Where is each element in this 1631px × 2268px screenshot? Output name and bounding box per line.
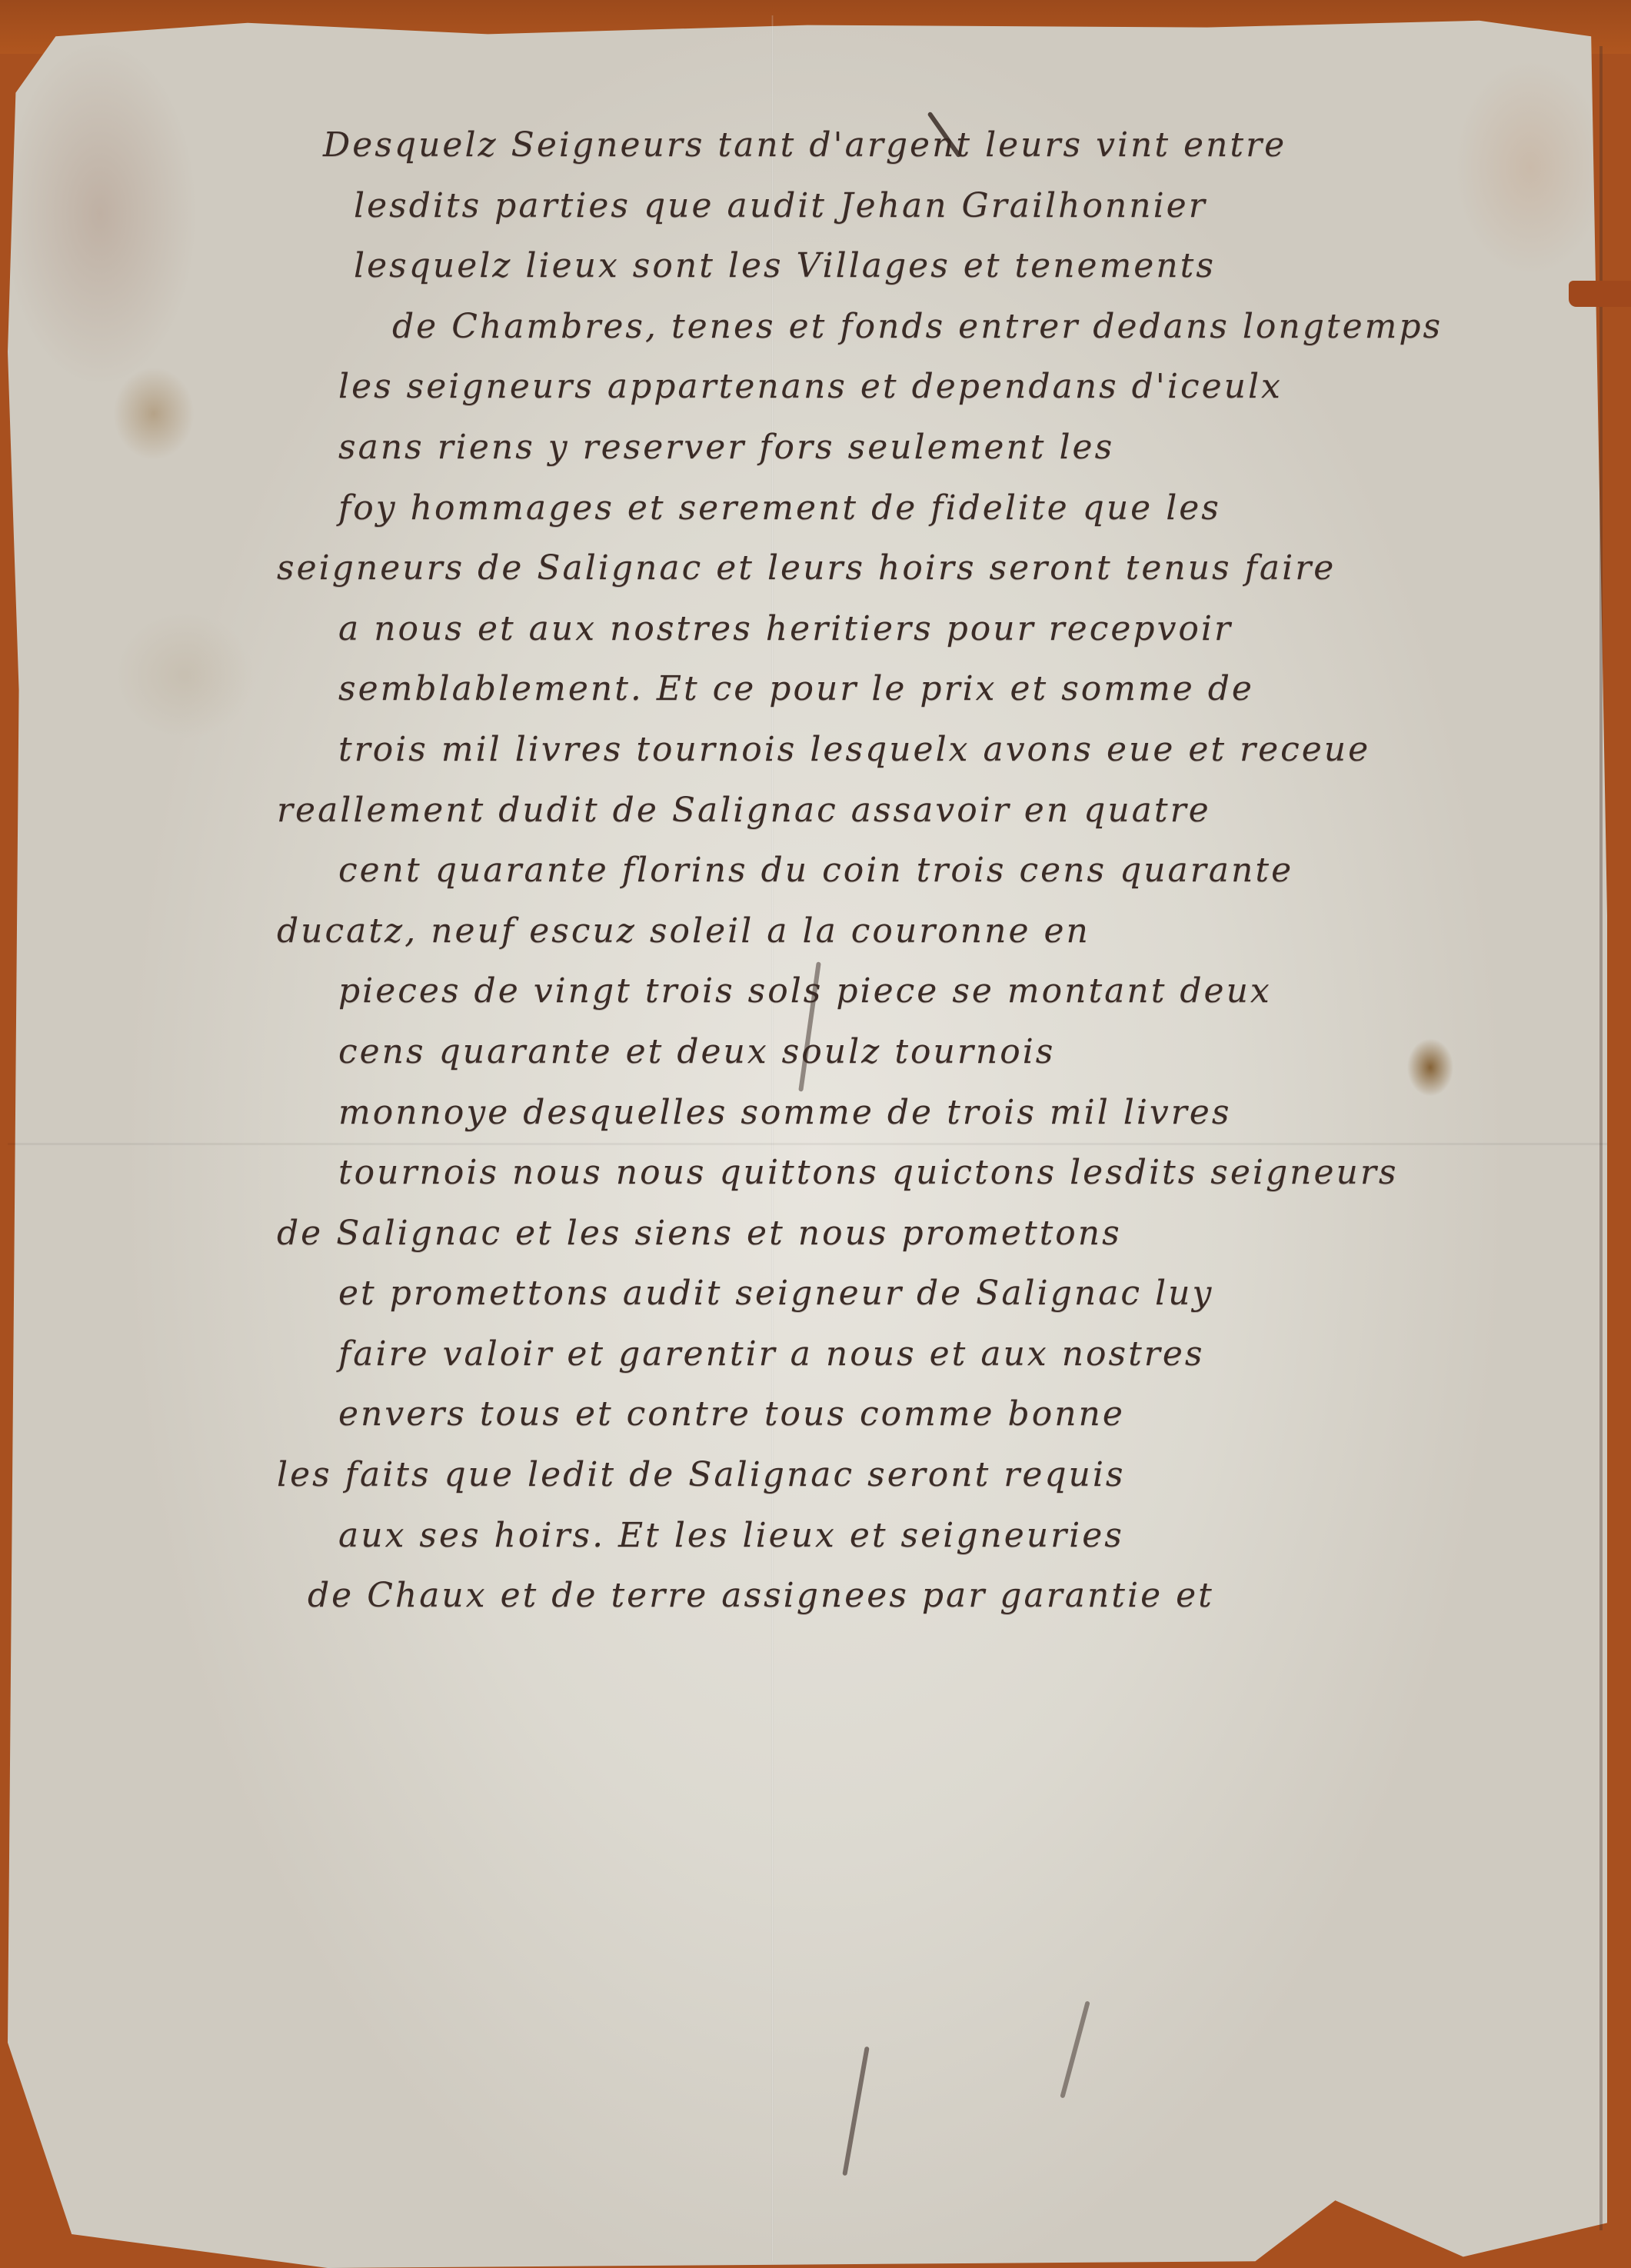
text-line: foy hommages et serement de fidelite que…	[308, 478, 1599, 539]
text-line: monnoye desquelles somme de trois mil li…	[308, 1083, 1599, 1144]
text-line: de Chaux et de terre assignees par garan…	[308, 1566, 1599, 1627]
text-line: et promettons audit seigneur de Salignac…	[308, 1264, 1599, 1324]
text-line: sans riens y reserver fors seulement les	[308, 418, 1599, 478]
text-line: seigneurs de Salignac et leurs hoirs ser…	[277, 538, 1599, 599]
text-line: les seigneurs appartenans et dependans d…	[308, 357, 1599, 418]
text-line: pieces de vingt trois sols piece se mont…	[308, 961, 1599, 1022]
text-line: de Salignac et les siens et nous promett…	[277, 1204, 1599, 1264]
text-line: semblablement. Et ce pour le prix et som…	[308, 659, 1599, 720]
text-line: aux ses hoirs. Et les lieux et seigneuri…	[308, 1506, 1599, 1567]
text-line: lesquelz lieux sont les Villages et tene…	[308, 236, 1599, 297]
text-line: lesdits parties que audit Jehan Grailhon…	[308, 176, 1599, 237]
text-line: cens quarante et deux soulz tournois	[308, 1022, 1599, 1083]
text-line: faire valoir et garentir a nous et aux n…	[308, 1324, 1599, 1385]
text-line: les faits que ledit de Salignac seront r…	[277, 1445, 1599, 1506]
text-line: reallement dudit de Salignac assavoir en…	[277, 781, 1599, 841]
text-line: de Chambres, tenes et fonds entrer dedan…	[308, 297, 1599, 358]
text-line: cent quarante florins du coin trois cens…	[308, 841, 1599, 901]
text-line: tournois nous nous quittons quictons les…	[308, 1143, 1599, 1204]
manuscript-text: Desquelz Seigneurs tant d'argent leurs v…	[308, 115, 1599, 1627]
page-edge	[1599, 46, 1603, 2230]
text-line: ducatz, neuf escuz soleil a la couronne …	[277, 901, 1599, 962]
text-line: envers tous et contre tous comme bonne	[308, 1384, 1599, 1445]
text-line: trois mil livres tournois lesquelx avons…	[308, 720, 1599, 781]
text-line: a nous et aux nostres heritiers pour rec…	[308, 599, 1599, 660]
